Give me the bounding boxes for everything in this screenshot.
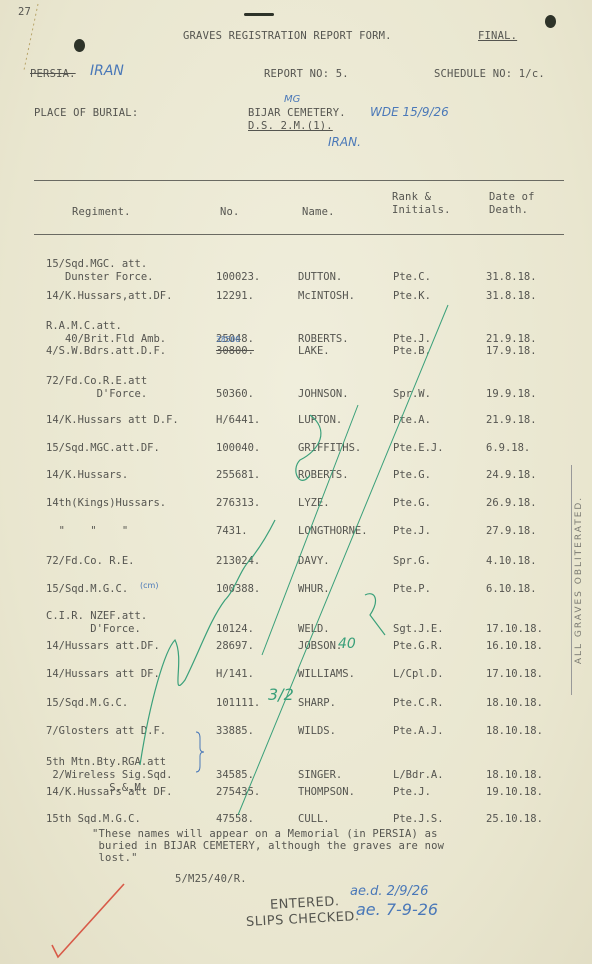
form-title: GRAVES REGISTRATION REPORT FORM. [183,30,392,42]
page-number: 27 [18,6,31,18]
cell-name: ROBERTS. [298,469,349,481]
memo-line-1: "These names will appear on a Memorial (… [92,828,438,840]
cell-regiment: 15/Sqd.MGC.att.DF. [46,442,160,454]
cell-regiment: R.A.M.C.att. [46,320,122,332]
cell-regiment: 15th Sqd.M.G.C. [46,813,141,825]
cell-name: DUTTON. [298,271,342,283]
entered-initials: ae.d. 2/9/26 [350,884,428,899]
country-typed: PERSIA. [30,68,76,80]
cell-date-of-death: 6.10.18. [486,583,537,595]
cell-regiment: 4/S.W.Bdrs.att.D.F. [46,345,166,357]
burial-hand-country: IRAN. [328,135,361,149]
col-header-date-2: Death. [489,204,528,216]
cell-name: LYZE. [298,497,330,509]
cell-regiment-line-2: D'Force. [46,623,141,635]
punch-hole-right [545,15,556,28]
col-header-name: Name. [302,206,335,218]
cell-rank: Pte.C.R. [393,697,444,709]
cell-date-of-death: 6.9.18. [486,442,530,454]
cell-date-of-death: 17.10.18. [486,623,543,635]
slips-checked-stamp: SLIPS CHECKED. [246,909,360,930]
cell-regiment: 14/K.Hussars,att.DF. [46,290,172,302]
cell-rank: L/Cpl.D. [393,668,444,680]
cell-name: WILLIAMS. [298,668,355,680]
burial-hand-insert: MG [284,94,300,105]
green-figure-3-2: 3/2 [268,685,294,704]
table-top-rule [34,180,564,181]
cell-rank: Sgt.J.E. [393,623,444,635]
cell-service-number: 33885. [216,725,254,737]
cell-regiment: 14/K.Hussars att D.F. [46,414,179,426]
country-handwritten: IRAN [90,63,124,79]
cell-service-number: 30800. [216,345,254,357]
punch-hole-left [74,39,85,52]
slips-checked-initials: ae. 7-9-26 [356,900,438,919]
cell-name: McINTOSH. [298,290,355,302]
cell-name: THOMPSON. [298,786,355,798]
burial-cemetery: BIJAR CEMETERY. [248,107,346,119]
cell-rank: Pte.B. [393,345,431,357]
cell-regiment: 72/Fd.Co. R.E. [46,555,135,567]
cell-name: WHUR. [298,583,330,595]
cell-regiment: 5th Mtn.Bty.RGA.att [46,756,166,768]
cell-regiment: 14/Hussars att.DF. [46,640,160,652]
cell-date-of-death: 18.10.18. [486,697,543,709]
cell-rank: Pte.J. [393,525,431,537]
cell-service-number: 100040. [216,442,260,454]
burial-hand-note: WDE 15/9/26 [370,105,449,119]
cell-regiment: 14/K.Hussars att DF. [46,786,172,798]
cell-service-number: 47558. [216,813,254,825]
cell-name: DAVY. [298,555,330,567]
cell-date-of-death: 17.10.18. [486,668,543,680]
report-number: REPORT NO: 5. [264,68,349,80]
cell-regiment-line-2: 40/Brit.Fld Amb. [46,333,166,345]
form-status: FINAL. [478,30,517,42]
cell-service-number: 275435. [216,786,260,798]
cell-service-number: 34585. [216,769,254,781]
cell-regiment: 15/Sqd.MGC. att. [46,258,147,270]
cell-date-of-death: 4.10.18. [486,555,537,567]
cell-service-number: 50360. [216,388,254,400]
cell-rank: Pte.A. [393,414,431,426]
col-header-regiment: Regiment. [72,206,131,218]
cell-service-number: 12291. [216,290,254,302]
cell-date-of-death: 24.9.18. [486,469,537,481]
green-seven-icon [365,594,385,635]
cell-name: GRIFFITHS. [298,442,361,454]
cell-name: WILDS. [298,725,336,737]
schedule-number: SCHEDULE NO: 1/c. [434,68,545,80]
cell-service-number: 100388. [216,583,260,595]
cell-service-number-correction: 38500 [216,335,240,344]
cell-regiment: 15/Sqd.M.G.C. [46,583,128,595]
cell-date-of-death: 19.9.18. [486,388,537,400]
cell-rank: Pte.C. [393,271,431,283]
document-page: 27 GRAVES REGISTRATION REPORT FORM. FINA… [0,0,592,964]
table-header-rule [34,234,564,235]
cell-service-number: 213024. [216,555,260,567]
cell-date-of-death: 31.8.18. [486,271,537,283]
cell-regiment-note: (cm) [140,581,158,590]
cell-date-of-death: 18.10.18. [486,725,543,737]
cell-regiment-line-2: D'Force. [46,388,147,400]
cell-date-of-death: 16.10.18. [486,640,543,652]
bracket-icon [196,732,204,772]
cell-rank: Pte.G. [393,469,431,481]
cell-regiment: 14/K.Hussars. [46,469,128,481]
cell-name: CULL. [298,813,330,825]
cell-regiment-line-2: 2/Wireless Sig.Sqd. [46,769,172,781]
cell-date-of-death: 18.10.18. [486,769,543,781]
cell-rank: Pte.K. [393,290,431,302]
cell-name: ROBERTS. [298,333,349,345]
cell-rank: Pte.G. [393,497,431,509]
col-header-rank-1: Rank & [392,191,431,203]
cell-rank: Pte.J.S. [393,813,444,825]
cell-date-of-death: 17.9.18. [486,345,537,357]
cell-rank: Pte.A.J. [393,725,444,737]
cell-rank: Pte.P. [393,583,431,595]
cell-date-of-death: 26.9.18. [486,497,537,509]
cell-date-of-death: 25.10.18. [486,813,543,825]
burial-ds-ref: D.S. 2.M.(1). [248,120,333,132]
cell-service-number: 10124. [216,623,254,635]
cell-date-of-death: 31.8.18. [486,290,537,302]
cell-rank: L/Bdr.A. [393,769,444,781]
cell-service-number: 276313. [216,497,260,509]
cell-date-of-death: 21.9.18. [486,333,537,345]
cell-name: LUPTON. [298,414,342,426]
col-header-no: No. [220,206,240,218]
ink-mark [244,13,274,16]
cell-rank: Spr.W. [393,388,431,400]
cell-service-number: 101111. [216,697,260,709]
cell-regiment: 14th(Kings)Hussars. [46,497,166,509]
cell-rank: Pte.E.J. [393,442,444,454]
cell-name: JOHNSON. [298,388,349,400]
cell-regiment: " " " [46,525,128,537]
cell-regiment: 7/Glosters att D.F. [46,725,166,737]
red-check-icon [52,884,124,957]
col-header-date-1: Date of [489,191,535,203]
cell-name: JOBSON. [298,640,342,652]
cell-service-number: H/141. [216,668,254,680]
cell-service-number: 255681. [216,469,260,481]
cell-rank: Pte.J. [393,786,431,798]
margin-note: ALL GRAVES OBLITERATED. [571,465,586,695]
cell-name: SINGER. [298,769,342,781]
margin-note-text: ALL GRAVES OBLITERATED. [574,496,584,664]
cell-name: LONGTHORNE. [298,525,368,537]
memo-line-3: lost." [92,852,138,864]
cell-date-of-death: 27.9.18. [486,525,537,537]
cell-service-number: 100023. [216,271,260,283]
cell-service-number: 7431. [216,525,248,537]
cell-name: WELD. [298,623,330,635]
cell-service-number: H/6441. [216,414,260,426]
cell-date-of-death: 21.9.18. [486,414,537,426]
cell-rank: Pte.G.R. [393,640,444,652]
cell-regiment: 72/Fd.Co.R.E.att [46,375,147,387]
cell-service-number: 28697. [216,640,254,652]
cell-name: SHARP. [298,697,336,709]
cell-regiment: C.I.R. NZEF.att. [46,610,147,622]
cell-regiment-line-2: Dunster Force. [46,271,153,283]
place-of-burial-label: PLACE OF BURIAL: [34,107,138,119]
memo-reference: 5/M25/40/R. [175,873,247,885]
col-header-rank-2: Initials. [392,204,451,216]
cell-regiment: 15/Sqd.M.G.C. [46,697,128,709]
memo-line-2: buried in BIJAR CEMETERY, although the g… [92,840,444,852]
cell-regiment: 14/Hussars att DF. [46,668,160,680]
cell-name: LAKE. [298,345,330,357]
cell-rank: Pte.J. [393,333,431,345]
cell-rank: Spr.G. [393,555,431,567]
cell-date-of-death: 19.10.18. [486,786,543,798]
